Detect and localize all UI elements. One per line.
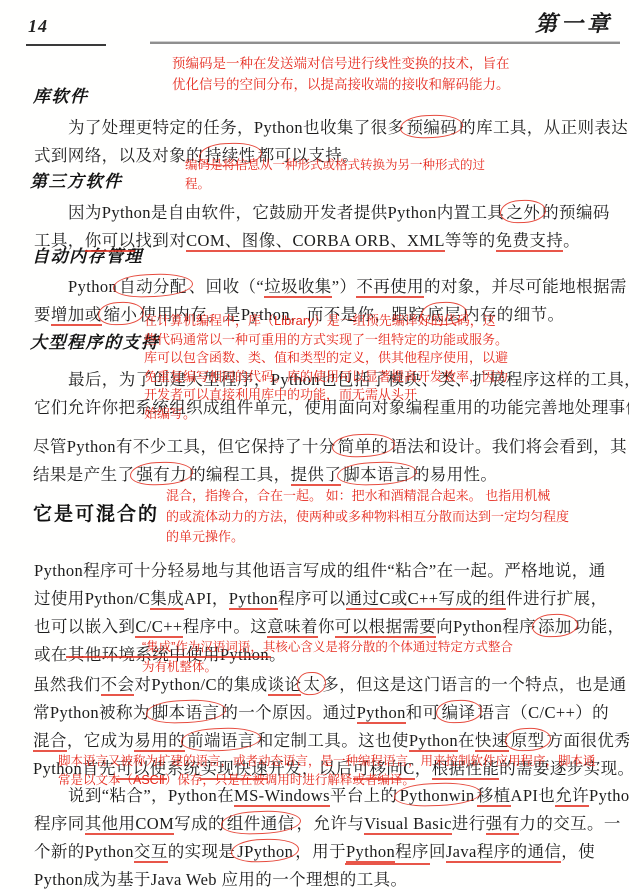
text-run: 在 bbox=[458, 731, 475, 750]
red-u-mark: 基于 bbox=[117, 870, 151, 889]
red-note-script-language: 脚本语言又被称为扩建的语言，或者动态语言，是一种编程语言，用来控制软件应用程序，… bbox=[58, 752, 596, 790]
text-run: 尽管Python有不少工具，但它保持了十分 bbox=[33, 437, 336, 456]
page-number-underline bbox=[26, 44, 106, 46]
text-run: Python程序可十分轻易地与其他语言写成的组件“粘合”在一起。严格地说，通 bbox=[34, 561, 606, 580]
text-run: 语法和设计。我们将会看到，其 bbox=[390, 437, 627, 456]
red-circle-mark: 脚本语言 bbox=[341, 465, 413, 484]
text-run: 结果是产生了 bbox=[33, 465, 134, 484]
text-run: 。 bbox=[563, 231, 580, 250]
red-u-mark: 免费支持 bbox=[496, 231, 564, 252]
text-run: 方面很优秀； bbox=[547, 731, 629, 750]
red-u-mark: Python bbox=[357, 703, 406, 724]
text-run: 程序同 bbox=[34, 814, 85, 833]
text-run: 过使用Python/C bbox=[34, 589, 150, 608]
red-circle-mark: 编译 bbox=[440, 703, 478, 722]
red-u-mark: 根据需要 bbox=[369, 617, 437, 638]
text-run: ，允许与 bbox=[297, 814, 365, 833]
text-run: Python成为 bbox=[34, 870, 117, 889]
red-circle-mark: JPython bbox=[235, 842, 295, 861]
margin-heading-library-software: 库软件 bbox=[33, 86, 89, 108]
red-note-library-definition: 在计算机编程中，库（Library）是一组预先编译好的代码，这 些代码通常以一种… bbox=[144, 312, 508, 424]
text-run: 的对象，并尽可能地根据需 bbox=[424, 277, 627, 296]
red-u-mark: 意味着 bbox=[267, 617, 318, 638]
text-run: 个新的Python bbox=[34, 842, 134, 861]
text-run: 也可以嵌入到 bbox=[34, 617, 135, 636]
red-u-mark: 集成 bbox=[150, 589, 184, 610]
red-u-mark: COM、图像、CORBA ORB、XML bbox=[186, 231, 445, 252]
red-circle-mark: 原型 bbox=[509, 731, 547, 750]
text-run: ，使 bbox=[561, 842, 595, 861]
text-run: 工具， bbox=[34, 231, 85, 250]
text-run: 的预编码 bbox=[542, 203, 610, 222]
red-u-mark: 交互 bbox=[134, 842, 168, 863]
red-circle-mark: 之外 bbox=[504, 203, 542, 222]
text-run: 或在 bbox=[34, 645, 68, 664]
red-circle-mark: 自动分配 bbox=[117, 277, 189, 296]
text-run: ，用于 bbox=[295, 842, 346, 861]
text-run: 的库工具，从正则表达 bbox=[459, 118, 628, 137]
page-number: 14 bbox=[28, 15, 48, 37]
red-u-mark: 可以 bbox=[335, 617, 369, 638]
red-u-mark: 易用的 bbox=[134, 731, 185, 752]
red-underline-tail bbox=[345, 863, 430, 865]
text-run: 的一个原因。通过 bbox=[221, 703, 356, 722]
header-rule bbox=[150, 41, 620, 44]
red-u-mark: Java程序的通信 bbox=[446, 842, 561, 863]
text-run: 功能， bbox=[574, 617, 625, 636]
text-run: 写成的 bbox=[174, 814, 225, 833]
text-run: 程序可以 bbox=[278, 589, 346, 608]
red-u-mark: 提供了 bbox=[291, 465, 342, 486]
text-run: 的易用性。 bbox=[413, 465, 498, 484]
text-run: 进行 bbox=[452, 814, 486, 833]
red-note-encoding: 编码是将信息从一种形式或格式转换为另一种形式的过 程。 bbox=[185, 156, 485, 194]
margin-heading-large-programs: 大型程序的支持 bbox=[30, 332, 160, 354]
red-circle-mark: 简单的 bbox=[336, 437, 391, 456]
red-circle-mark: 缩小 bbox=[102, 305, 140, 324]
text-run: 、回收（“ bbox=[189, 277, 264, 296]
text-run: 件进行扩展， bbox=[506, 589, 607, 608]
text-run: ，它成为 bbox=[67, 731, 135, 750]
text-run: 力的交互。一 bbox=[519, 814, 620, 833]
red-note-precoding: 预编码是一种在发送端对信号进行线性变换的技术，旨在 优化信号的空间分布，以提高接… bbox=[172, 54, 510, 95]
red-u-mark: 垃圾收集 bbox=[264, 277, 332, 298]
text-run: 对Python/C的集成 bbox=[134, 675, 267, 694]
scanned-book-page: 14 第一章 预编码是一种在发送端对信号进行线性变换的技术，旨在 优化信号的空间… bbox=[0, 0, 629, 889]
text-run: 常Python被称为 bbox=[33, 703, 150, 722]
text-run: 要 bbox=[34, 305, 51, 324]
red-u-mark: 通过C或C++写成的组 bbox=[346, 589, 507, 610]
red-u-mark: 不再使用 bbox=[356, 277, 424, 298]
text-run: 向Python程序 bbox=[436, 617, 536, 636]
red-circle-mark: 组件通信 bbox=[225, 814, 297, 833]
red-u-mark: COM bbox=[135, 814, 174, 835]
red-u-mark: 你可以 bbox=[85, 231, 136, 252]
red-u-mark: C/C++ bbox=[135, 617, 182, 638]
text-run: 和可 bbox=[406, 703, 440, 722]
red-u-mark: 增加或 bbox=[51, 305, 102, 326]
text-run: 虽然我们 bbox=[33, 675, 101, 694]
red-u-mark: 应用 bbox=[221, 870, 255, 889]
text-run: 的 bbox=[255, 870, 272, 889]
red-circle-mark: 前端语言 bbox=[185, 731, 257, 750]
red-u-mark: 谈论 bbox=[268, 675, 302, 696]
red-note-mixing-definition: 混合，指搀合，合在一起。 如：把水和酒精混合起来。 也指用机械 的或流体动力的方… bbox=[166, 486, 569, 548]
text-run: 等等的 bbox=[445, 231, 496, 250]
red-circle-mark: 强有力 bbox=[134, 465, 189, 484]
red-u-mark: Visual Basic bbox=[364, 814, 452, 835]
red-circle-mark: 预编码 bbox=[404, 118, 459, 137]
red-u-mark: 快速 bbox=[475, 731, 509, 752]
text-run: 你 bbox=[318, 617, 335, 636]
red-circle-mark: 脚本语言 bbox=[150, 703, 222, 722]
paragraph-third-party: 因为Python是自由软件，它鼓励开发者提供Python内置工具之外的预编码工具… bbox=[34, 199, 616, 255]
section-heading-mixable: 它是可混合的 bbox=[33, 503, 159, 527]
text-run: API， bbox=[184, 589, 229, 608]
red-note-integration-definition: “集成”作为汉语词语，其核心含义是将分散的个体通过特定方式整合 为有机整体。 bbox=[142, 637, 513, 677]
red-u-mark: Python bbox=[409, 731, 458, 752]
red-u-mark: 一个理想的工具。 bbox=[272, 870, 407, 889]
text-run: 语言（C/C++）的 bbox=[477, 703, 609, 722]
paragraph-tools-summary: 尽管Python有不少工具，但它保持了十分简单的语法和设计。我们将会看到，其结果… bbox=[33, 433, 617, 489]
text-run: 多，但这是这门语言的一个特点，也是通 bbox=[322, 675, 626, 694]
text-run: 程序回 bbox=[395, 842, 446, 861]
paragraph-glue: 说到“粘合”，Python在MS-Windows平台上的Pythonwin移植A… bbox=[34, 782, 618, 889]
margin-heading-third-party: 第三方软件 bbox=[30, 171, 123, 193]
text-run: 为了处理更特定的任务，Python也收集了很多 bbox=[68, 118, 404, 137]
text-run: ”） bbox=[332, 277, 357, 296]
red-u-mark: 强有 bbox=[486, 814, 520, 835]
text-run: Python bbox=[68, 277, 117, 296]
red-u-mark: 其他用 bbox=[85, 814, 136, 835]
text-run: 式到网络，以及对象的 bbox=[34, 146, 203, 165]
text-run: Java Web bbox=[151, 870, 222, 889]
red-circle-mark: 添加 bbox=[536, 617, 574, 636]
text-run: 和定制工具。这也使 bbox=[257, 731, 409, 750]
red-circle-mark: 太 bbox=[301, 675, 322, 694]
text-run: 的实现是 bbox=[168, 842, 236, 861]
text-run: 因为Python是自由软件，它鼓励开发者提供Python内置工具 bbox=[68, 203, 504, 222]
red-u-mark: 不会 bbox=[101, 675, 135, 696]
text-run: 找到对 bbox=[135, 231, 186, 250]
text-run: 程序中。这 bbox=[183, 617, 268, 636]
red-u-mark: Python bbox=[229, 589, 278, 610]
red-u-mark: 混合 bbox=[33, 731, 67, 752]
red-u-mark: Python bbox=[346, 842, 395, 863]
text-run: 的编程工具， bbox=[189, 465, 290, 484]
chapter-title: 第一章 bbox=[535, 11, 613, 37]
